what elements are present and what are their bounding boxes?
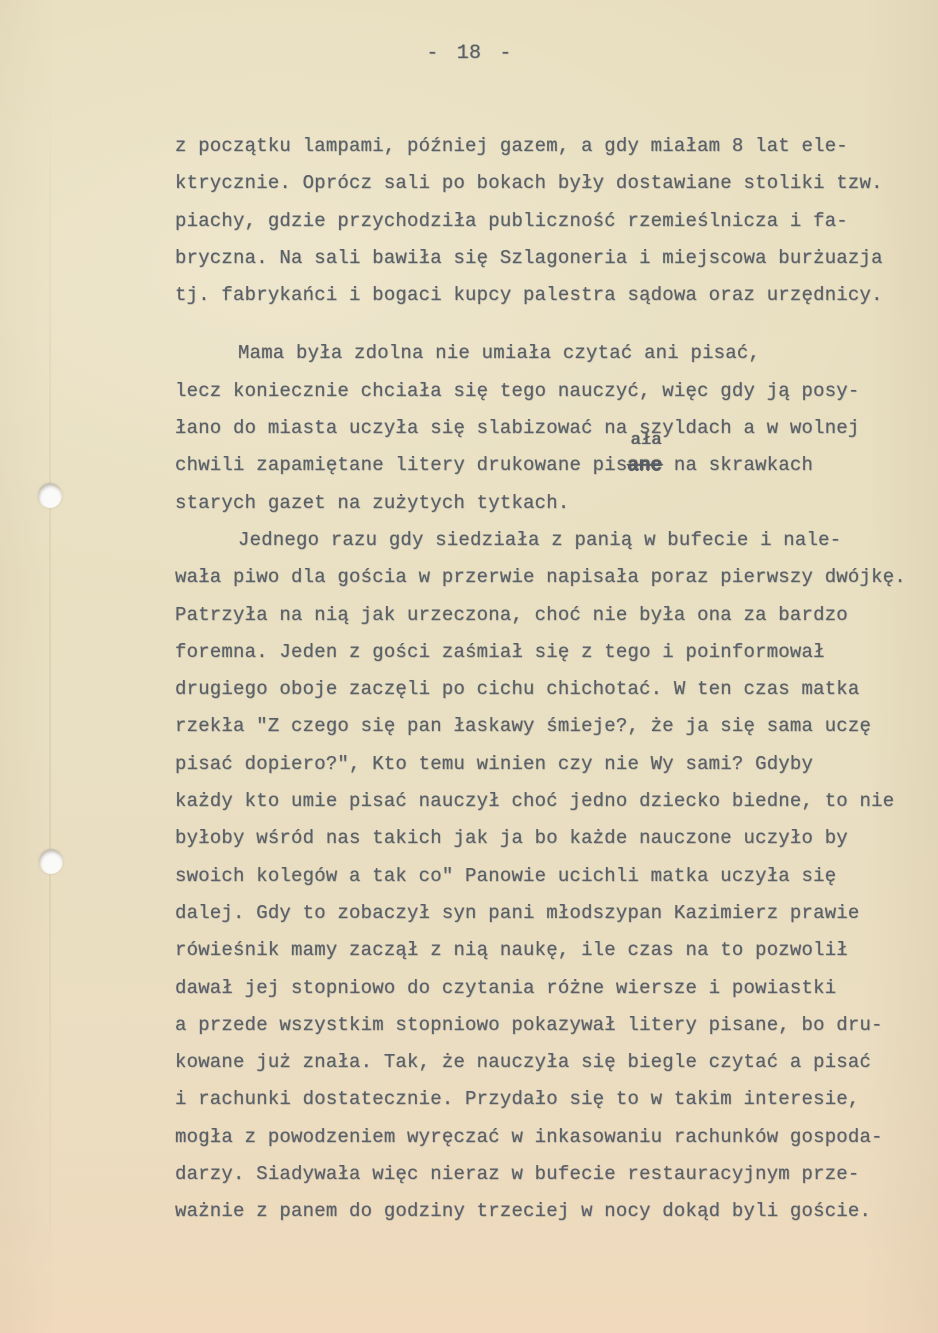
paragraph-2: Mama była zdolna nie umiała czytać ani p… (175, 335, 920, 521)
text-line: dalej. Gdy to zobaczył syn pani młodszyp… (175, 895, 920, 932)
correction-inserted-text: ała (630, 432, 661, 449)
text-line: ważnie z panem do godziny trzeciej w noc… (175, 1193, 920, 1230)
hole-punch-bottom (39, 849, 63, 874)
text-line: dawał jej stopniowo do czytania różne wi… (175, 970, 920, 1007)
correction-pre-text: chwili zapamiętane litery drukowane pis (175, 454, 627, 476)
text-line: tj. fabrykańci i bogaci kupcy palestra s… (175, 277, 920, 314)
text-line: kowane już znała. Tak, że nauczyła się b… (175, 1044, 920, 1081)
binding-crease (49, 0, 51, 1333)
text-line: każdy kto umie pisać nauczył choć jedno … (175, 783, 920, 820)
text-line: Mama była zdolna nie umiała czytać ani p… (175, 335, 920, 372)
document-page: - 18 - z początku lampami, później gazem… (0, 0, 938, 1333)
text-line: piachy, gdzie przychodziła publiczność r… (175, 203, 920, 240)
text-line-with-correction: chwili zapamiętane litery drukowane pisa… (175, 447, 920, 484)
text-line: łano do miasta uczyła się slabizować na … (175, 410, 920, 447)
text-line: bryczna. Na sali bawiła się Szlagoneria … (175, 240, 920, 277)
text-line: byłoby wśród nas takich jak ja bo każde … (175, 820, 920, 857)
text-line: foremna. Jeden z gości zaśmiał się z teg… (175, 634, 920, 671)
text-line: pisać dopiero?", Kto temu winien czy nie… (175, 746, 920, 783)
text-line: swoich kolegów a tak co" Panowie ucichli… (175, 858, 920, 895)
overtyped-correction: ałaane (627, 447, 662, 484)
text-line: lecz koniecznie chciała się tego nauczyć… (175, 373, 920, 410)
text-line: mogła z powodzeniem wyręczać w inkasowan… (175, 1119, 920, 1156)
text-line: rówieśnik mamy zaczął z nią naukę, ile c… (175, 932, 920, 969)
text-line: Patrzyła na nią jak urzeczona, choć nie … (175, 597, 920, 634)
page-number: - 18 - (0, 42, 938, 65)
paragraph-3: Jednego razu gdy siedziała z panią w buf… (175, 522, 920, 1231)
text-line: darzy. Siadywała więc nieraz w bufecie r… (175, 1156, 920, 1193)
text-line: a przede wszystkim stopniowo pokazywał l… (175, 1007, 920, 1044)
text-line: rzekła "Z czego się pan łaskawy śmieje?,… (175, 708, 920, 745)
text-line: z początku lampami, później gazem, a gdy… (175, 128, 920, 165)
text-line: starych gazet na zużytych tytkach. (175, 485, 920, 522)
correction-post-text: na skrawkach (662, 454, 813, 476)
text-line: wała piwo dla gościa w przerwie napisała… (175, 559, 920, 596)
paragraph-1: z początku lampami, później gazem, a gdy… (175, 128, 920, 314)
text-line: drugiego oboje zaczęli po cichu chichota… (175, 671, 920, 708)
text-line: i rachunki dostatecznie. Przydało się to… (175, 1081, 920, 1118)
hole-punch-top (38, 483, 62, 508)
text-line: ktrycznie. Oprócz sali po bokach były do… (175, 165, 920, 202)
text-line: Jednego razu gdy siedziała z panią w buf… (175, 522, 920, 559)
correction-struck-text: ane (627, 454, 662, 476)
text-block: z początku lampami, później gazem, a gdy… (175, 128, 920, 1231)
